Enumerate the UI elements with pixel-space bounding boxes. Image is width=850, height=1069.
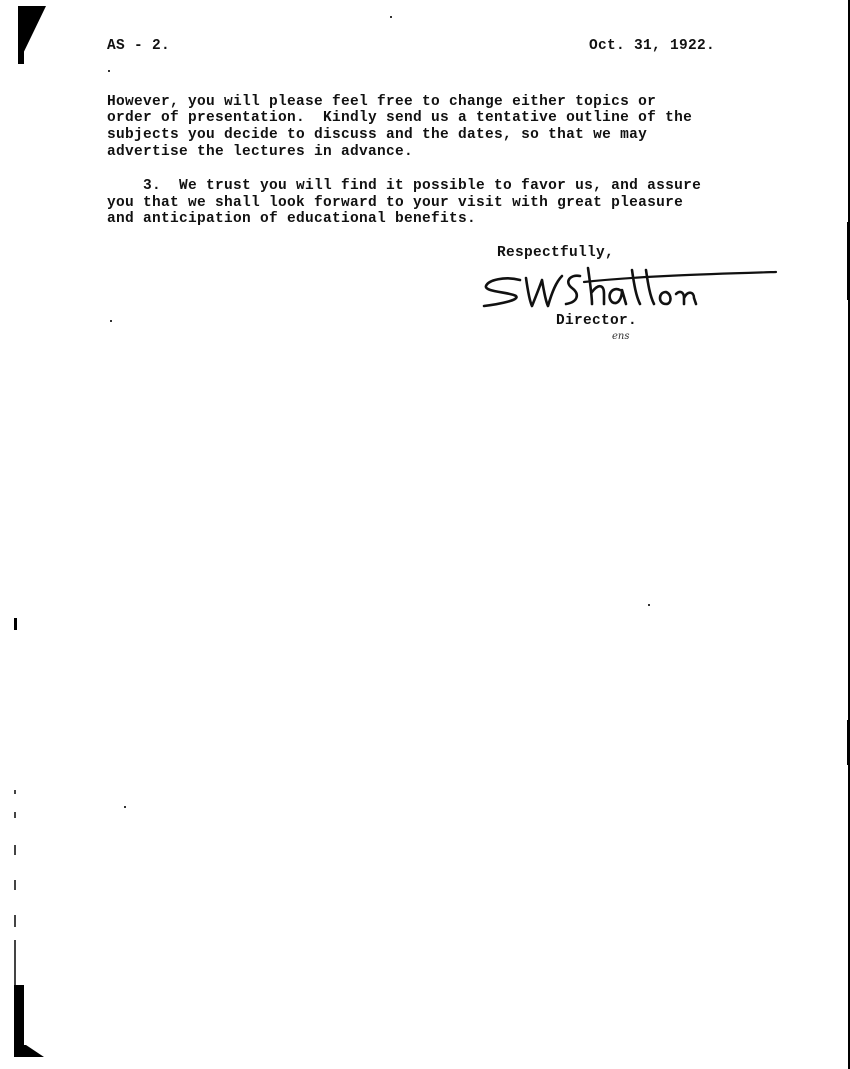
scan-speck: [110, 320, 112, 322]
scan-edge-left-speck: [14, 940, 16, 985]
scan-edge-left-speck: [14, 812, 16, 818]
scan-edge-left-mark: [14, 618, 17, 630]
text-line: subjects you decide to discuss and the d…: [107, 127, 647, 144]
scan-speck: [648, 604, 650, 606]
text-line: 3. We trust you will find it possible to…: [107, 178, 701, 195]
text-line: you that we shall look forward to your v…: [107, 195, 683, 212]
letter-page: AS - 2. Oct. 31, 1922. However, you will…: [0, 0, 850, 1069]
scan-edge-left-speck: [14, 880, 16, 890]
letter-date: Oct. 31, 1922.: [589, 38, 715, 55]
closing-salutation: Respectfully,: [497, 245, 614, 262]
scan-speck: [108, 70, 110, 72]
scan-edge-left-speck: [14, 790, 16, 794]
scan-corner-top-left-edge: [18, 6, 24, 64]
scan-corner-bottom-left-foot: [14, 1045, 44, 1057]
scan-edge-left-speck: [14, 845, 16, 855]
scan-speck: [390, 16, 392, 18]
typist-initials: ens: [612, 331, 630, 342]
text-line: order of presentation. Kindly send us a …: [107, 110, 692, 127]
scan-speck: [124, 806, 126, 808]
text-line: However, you will please feel free to ch…: [107, 94, 656, 111]
text-line: and anticipation of educational benefits…: [107, 211, 476, 228]
text-line: advertise the lectures in advance.: [107, 144, 413, 161]
handwritten-signature: S W Stratton: [480, 262, 780, 317]
page-number-header: AS - 2.: [107, 38, 170, 55]
scan-edge-left-speck: [14, 915, 16, 927]
signer-title: Director.: [556, 313, 637, 330]
